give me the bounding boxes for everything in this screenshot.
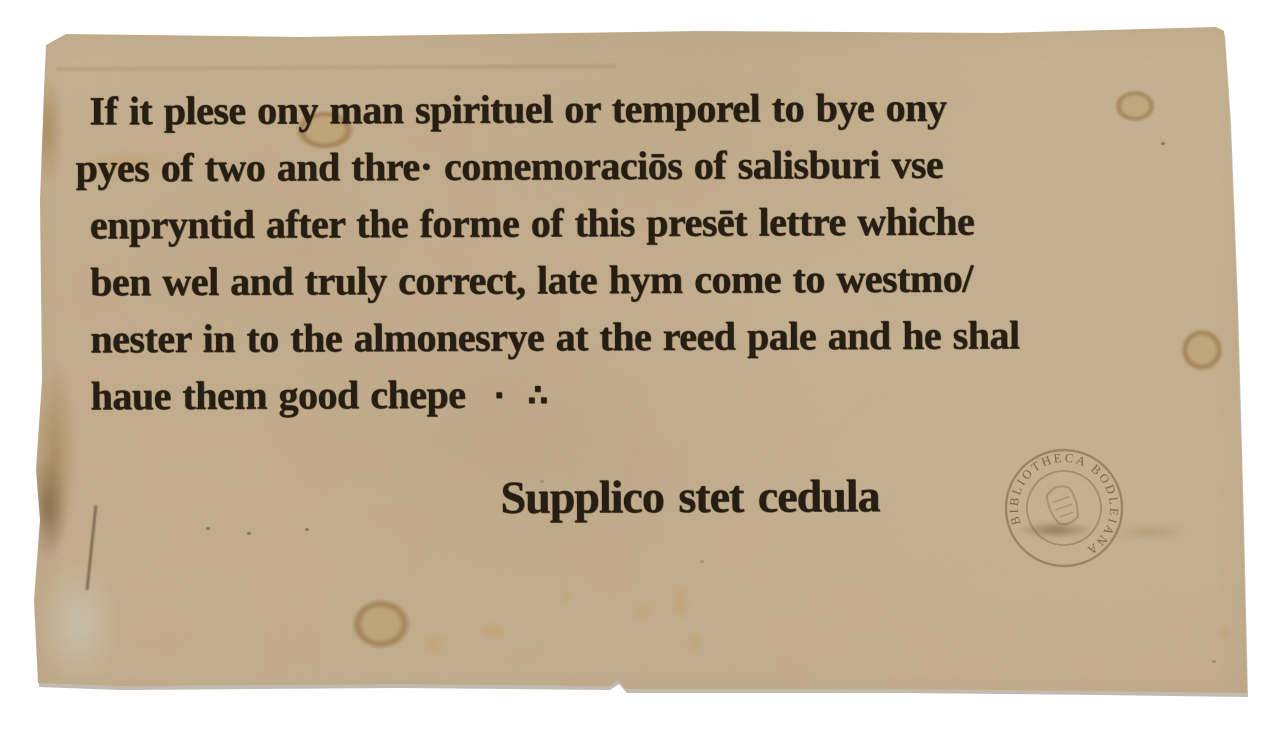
ink-speck bbox=[1212, 660, 1216, 663]
printed-line: haue them good chepe· ∴ bbox=[90, 363, 1190, 429]
ink-speck bbox=[305, 528, 309, 531]
stain-mark bbox=[684, 628, 704, 656]
faded-patch bbox=[28, 548, 128, 698]
stain-mark bbox=[474, 620, 512, 642]
stain-mark bbox=[26, 60, 68, 200]
printed-line: ben wel and truly correct, late hym come… bbox=[90, 249, 1190, 311]
stain-mark bbox=[630, 602, 656, 622]
svg-text:BIBLIOTHECA BODLEIANA: BIBLIOTHECA BODLEIANA bbox=[991, 435, 1137, 581]
library-stamp: BIBLIOTHECA BODLEIANA bbox=[968, 412, 1160, 604]
paper-sheet: If it plese ony man spirituel or tempore… bbox=[0, 0, 1280, 738]
ink-speck bbox=[247, 532, 251, 535]
printed-line: enpryntid after the forme of this presēt… bbox=[90, 192, 1190, 254]
printed-line: If it plese ony man spirituel or tempore… bbox=[89, 78, 1189, 140]
colophon-line: Supplico stet cedula bbox=[450, 469, 930, 524]
printed-line-text: haue them good chepe bbox=[91, 372, 466, 419]
ink-speck bbox=[700, 560, 704, 563]
ink-smudge bbox=[1008, 520, 1103, 540]
stain-mark bbox=[348, 596, 414, 652]
stamp-rim-text: BIBLIOTHECA BODLEIANA bbox=[991, 435, 1137, 581]
printed-line: nester in to the almonesrye at the reed … bbox=[90, 306, 1190, 368]
stain-mark bbox=[558, 590, 574, 604]
printed-line: pyes of two and thre· comemoraciōs of sa… bbox=[75, 135, 1189, 197]
dots-ornament: · ∴ bbox=[493, 367, 553, 424]
stamp-emblem-lines bbox=[1052, 496, 1074, 517]
stain-mark bbox=[418, 630, 450, 658]
stain-mark bbox=[1216, 626, 1234, 642]
ink-smudge bbox=[1098, 524, 1198, 540]
stain-mark bbox=[26, 330, 84, 580]
stain-mark bbox=[668, 582, 692, 624]
advertisement-text: If it plese ony man spirituel or tempore… bbox=[89, 78, 1190, 429]
ink-speck bbox=[206, 527, 210, 530]
document-photo: If it plese ony man spirituel or tempore… bbox=[0, 0, 1280, 738]
paper-crease bbox=[56, 65, 616, 71]
